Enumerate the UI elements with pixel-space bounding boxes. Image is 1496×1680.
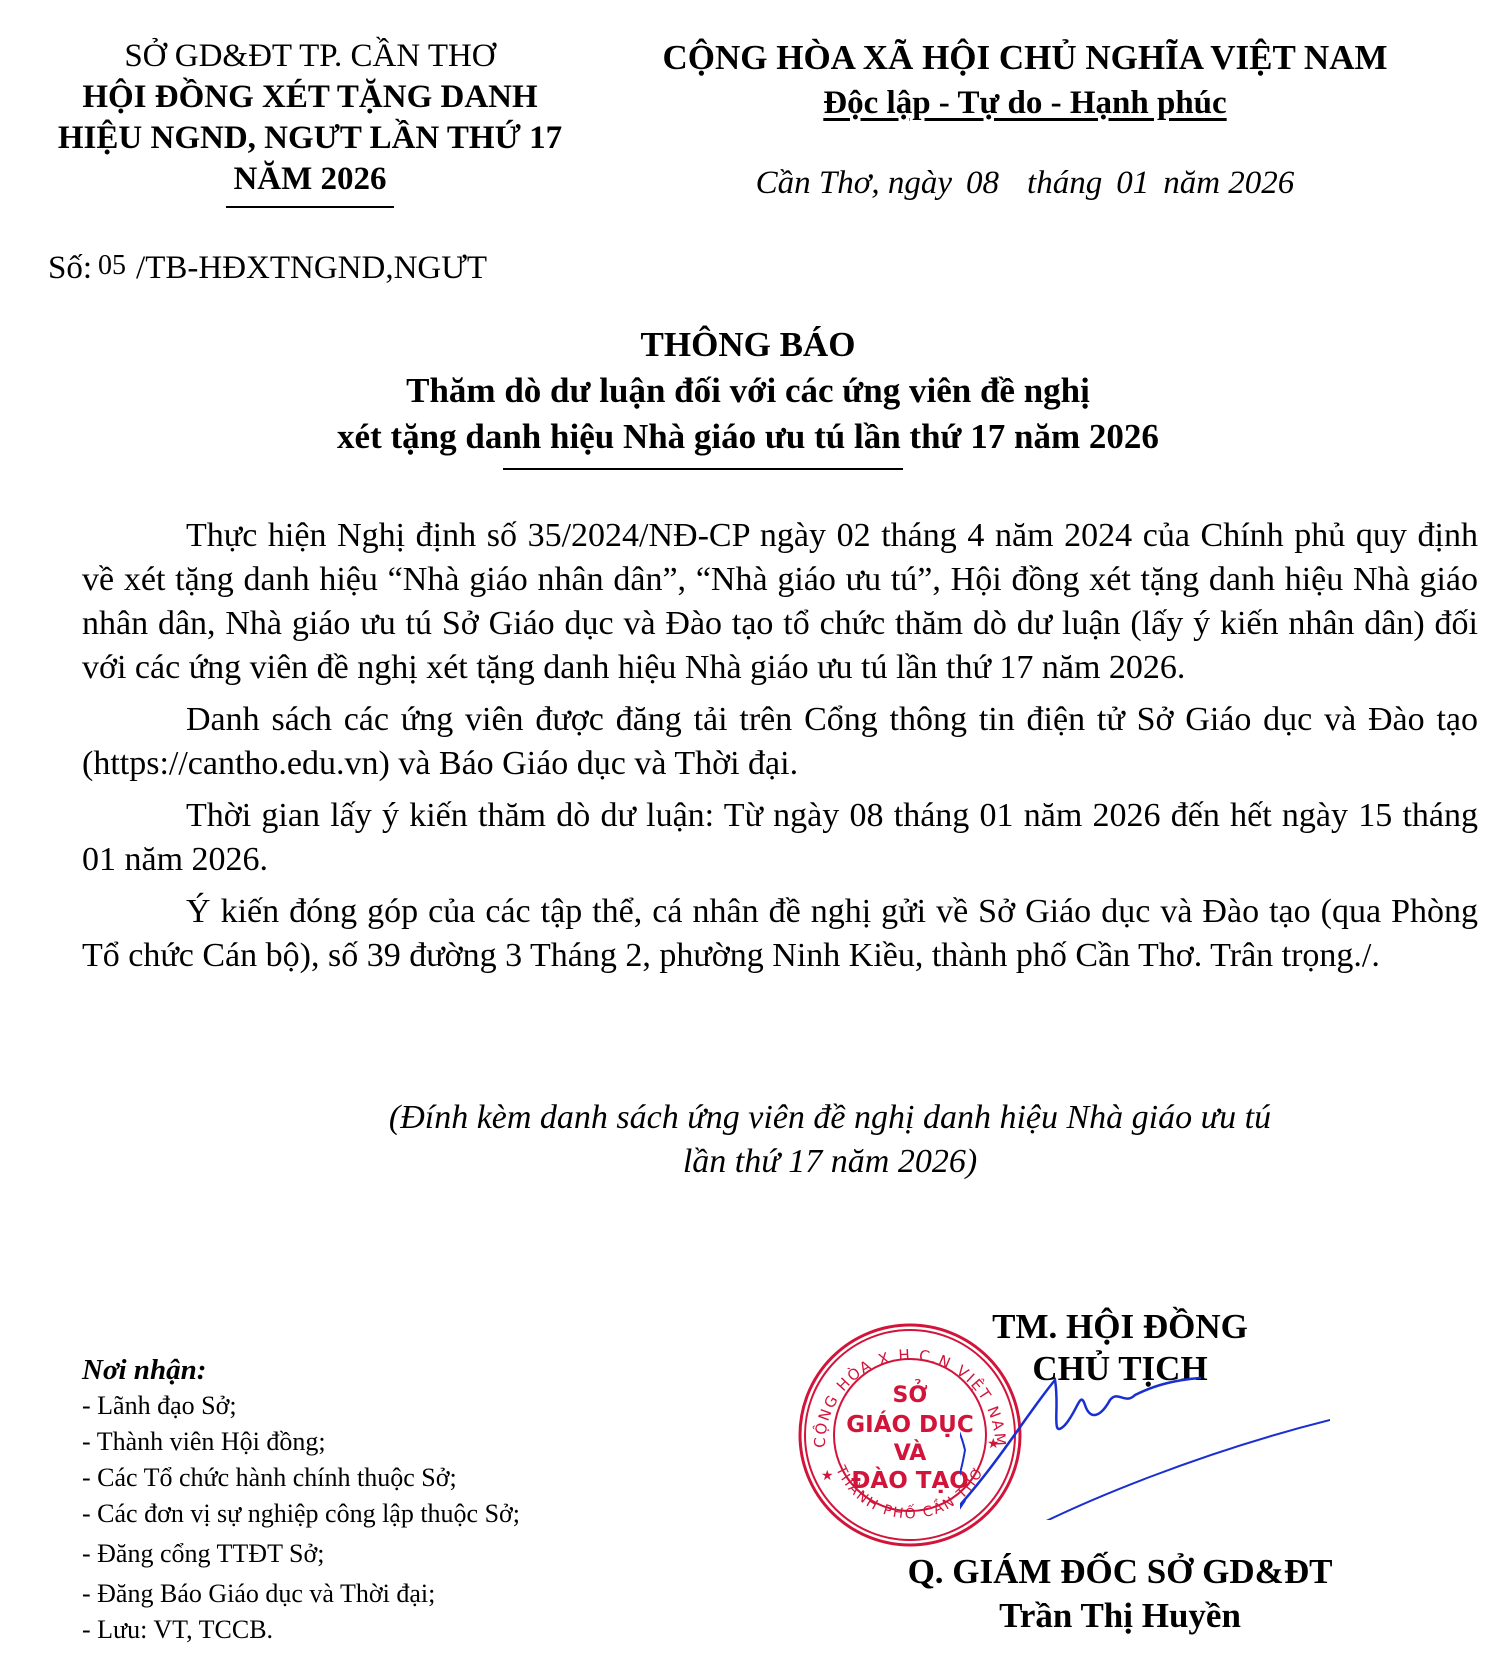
issuing-agency-block: SỞ GD&ĐT TP. CẦN THƠ HỘI ĐỒNG XÉT TẶNG D…	[20, 36, 600, 208]
date-year: năm 2026	[1163, 165, 1294, 201]
date-place: Cần Thơ, ngày	[756, 165, 952, 201]
number-label: Số:	[48, 250, 92, 286]
recipients-heading: Nơi nhận:	[82, 1352, 702, 1388]
body-paragraph: Thực hiện Nghị định số 35/2024/NĐ-CP ngà…	[82, 514, 1478, 690]
document-subtitle-line1: Thăm dò dư luận đối với các ứng viên đề …	[0, 368, 1496, 414]
document-number: Số:05/TB-HĐXTNGND,NGƯT	[48, 250, 487, 287]
agency-underline	[226, 206, 394, 208]
council-name-line2: HIỆU NGND, NGƯT LẦN THỨ 17	[20, 118, 600, 159]
recipient-item: - Các đơn vị sự nghiệp công lập thuộc Sở…	[82, 1496, 702, 1532]
number-suffix: /TB-HĐXTNGND,NGƯT	[136, 250, 487, 286]
recipient-item: - Thành viên Hội đồng;	[82, 1424, 702, 1460]
handwritten-signature-icon	[960, 1350, 1330, 1520]
body-paragraph: Thời gian lấy ý kiến thăm dò dư luận: Từ…	[82, 794, 1478, 882]
on-behalf-label: TM. HỘI ĐỒNG	[820, 1306, 1420, 1348]
council-name-line3: NĂM 2026	[20, 159, 600, 200]
signer-position: Q. GIÁM ĐỐC SỞ GD&ĐT	[820, 1550, 1420, 1594]
attachment-line1: (Đính kèm danh sách ứng viên đề nghị dan…	[250, 1096, 1410, 1140]
recipient-item: - Đăng Báo Giáo dục và Thời đại;	[82, 1576, 702, 1612]
body-paragraph: Ý kiến đóng góp của các tập thể, cá nhân…	[82, 890, 1478, 978]
recipient-item: - Lãnh đạo Sở;	[82, 1388, 702, 1424]
council-name-line1: HỘI ĐỒNG XÉT TẶNG DANH	[20, 77, 600, 118]
number-value: 05	[98, 250, 126, 281]
body-paragraph: Danh sách các ứng viên được đăng tải trê…	[82, 698, 1478, 786]
svg-text:ĐÀO TẠO: ĐÀO TẠO	[851, 1466, 969, 1494]
document-body: Thực hiện Nghị định số 35/2024/NĐ-CP ngà…	[82, 514, 1478, 986]
svg-text:GIÁO DỤC: GIÁO DỤC	[846, 1410, 973, 1438]
attachment-line2: lần thứ 17 năm 2026)	[250, 1140, 1410, 1184]
recipient-item: - Đăng cổng TTĐT Sở;	[82, 1536, 702, 1572]
svg-text:VÀ: VÀ	[894, 1440, 927, 1466]
recipients-block: Nơi nhận: - Lãnh đạo Sở; - Thành viên Hộ…	[82, 1352, 702, 1648]
document-title-block: THÔNG BÁO Thăm dò dư luận đối với các ứn…	[0, 322, 1496, 470]
attachment-note: (Đính kèm danh sách ứng viên đề nghị dan…	[250, 1096, 1410, 1184]
document-title: THÔNG BÁO	[0, 322, 1496, 368]
date-day: 08	[966, 165, 999, 201]
title-underline	[503, 468, 903, 470]
date-month: 01	[1116, 165, 1149, 201]
date-month-label: tháng	[1027, 165, 1102, 201]
date-line: Cần Thơ, ngày08tháng01năm 2026	[620, 165, 1430, 202]
agency-name: SỞ GD&ĐT TP. CẦN THƠ	[20, 36, 600, 77]
national-motto: Độc lập - Tự do - Hạnh phúc	[823, 81, 1226, 125]
recipient-item: - Các Tổ chức hành chính thuộc Sở;	[82, 1460, 702, 1496]
document-subtitle-line2: xét tặng danh hiệu Nhà giáo ưu tú lần th…	[0, 414, 1496, 460]
recipient-item: - Lưu: VT, TCCB.	[82, 1612, 702, 1648]
nation-name: CỘNG HÒA XÃ HỘI CHỦ NGHĨA VIỆT NAM	[620, 36, 1430, 80]
national-header: CỘNG HÒA XÃ HỘI CHỦ NGHĨA VIỆT NAM Độc l…	[620, 36, 1430, 125]
signer-block: Q. GIÁM ĐỐC SỞ GD&ĐT Trần Thị Huyền	[820, 1550, 1420, 1638]
signer-name: Trần Thị Huyền	[820, 1594, 1420, 1638]
svg-text:★: ★	[821, 1468, 834, 1484]
